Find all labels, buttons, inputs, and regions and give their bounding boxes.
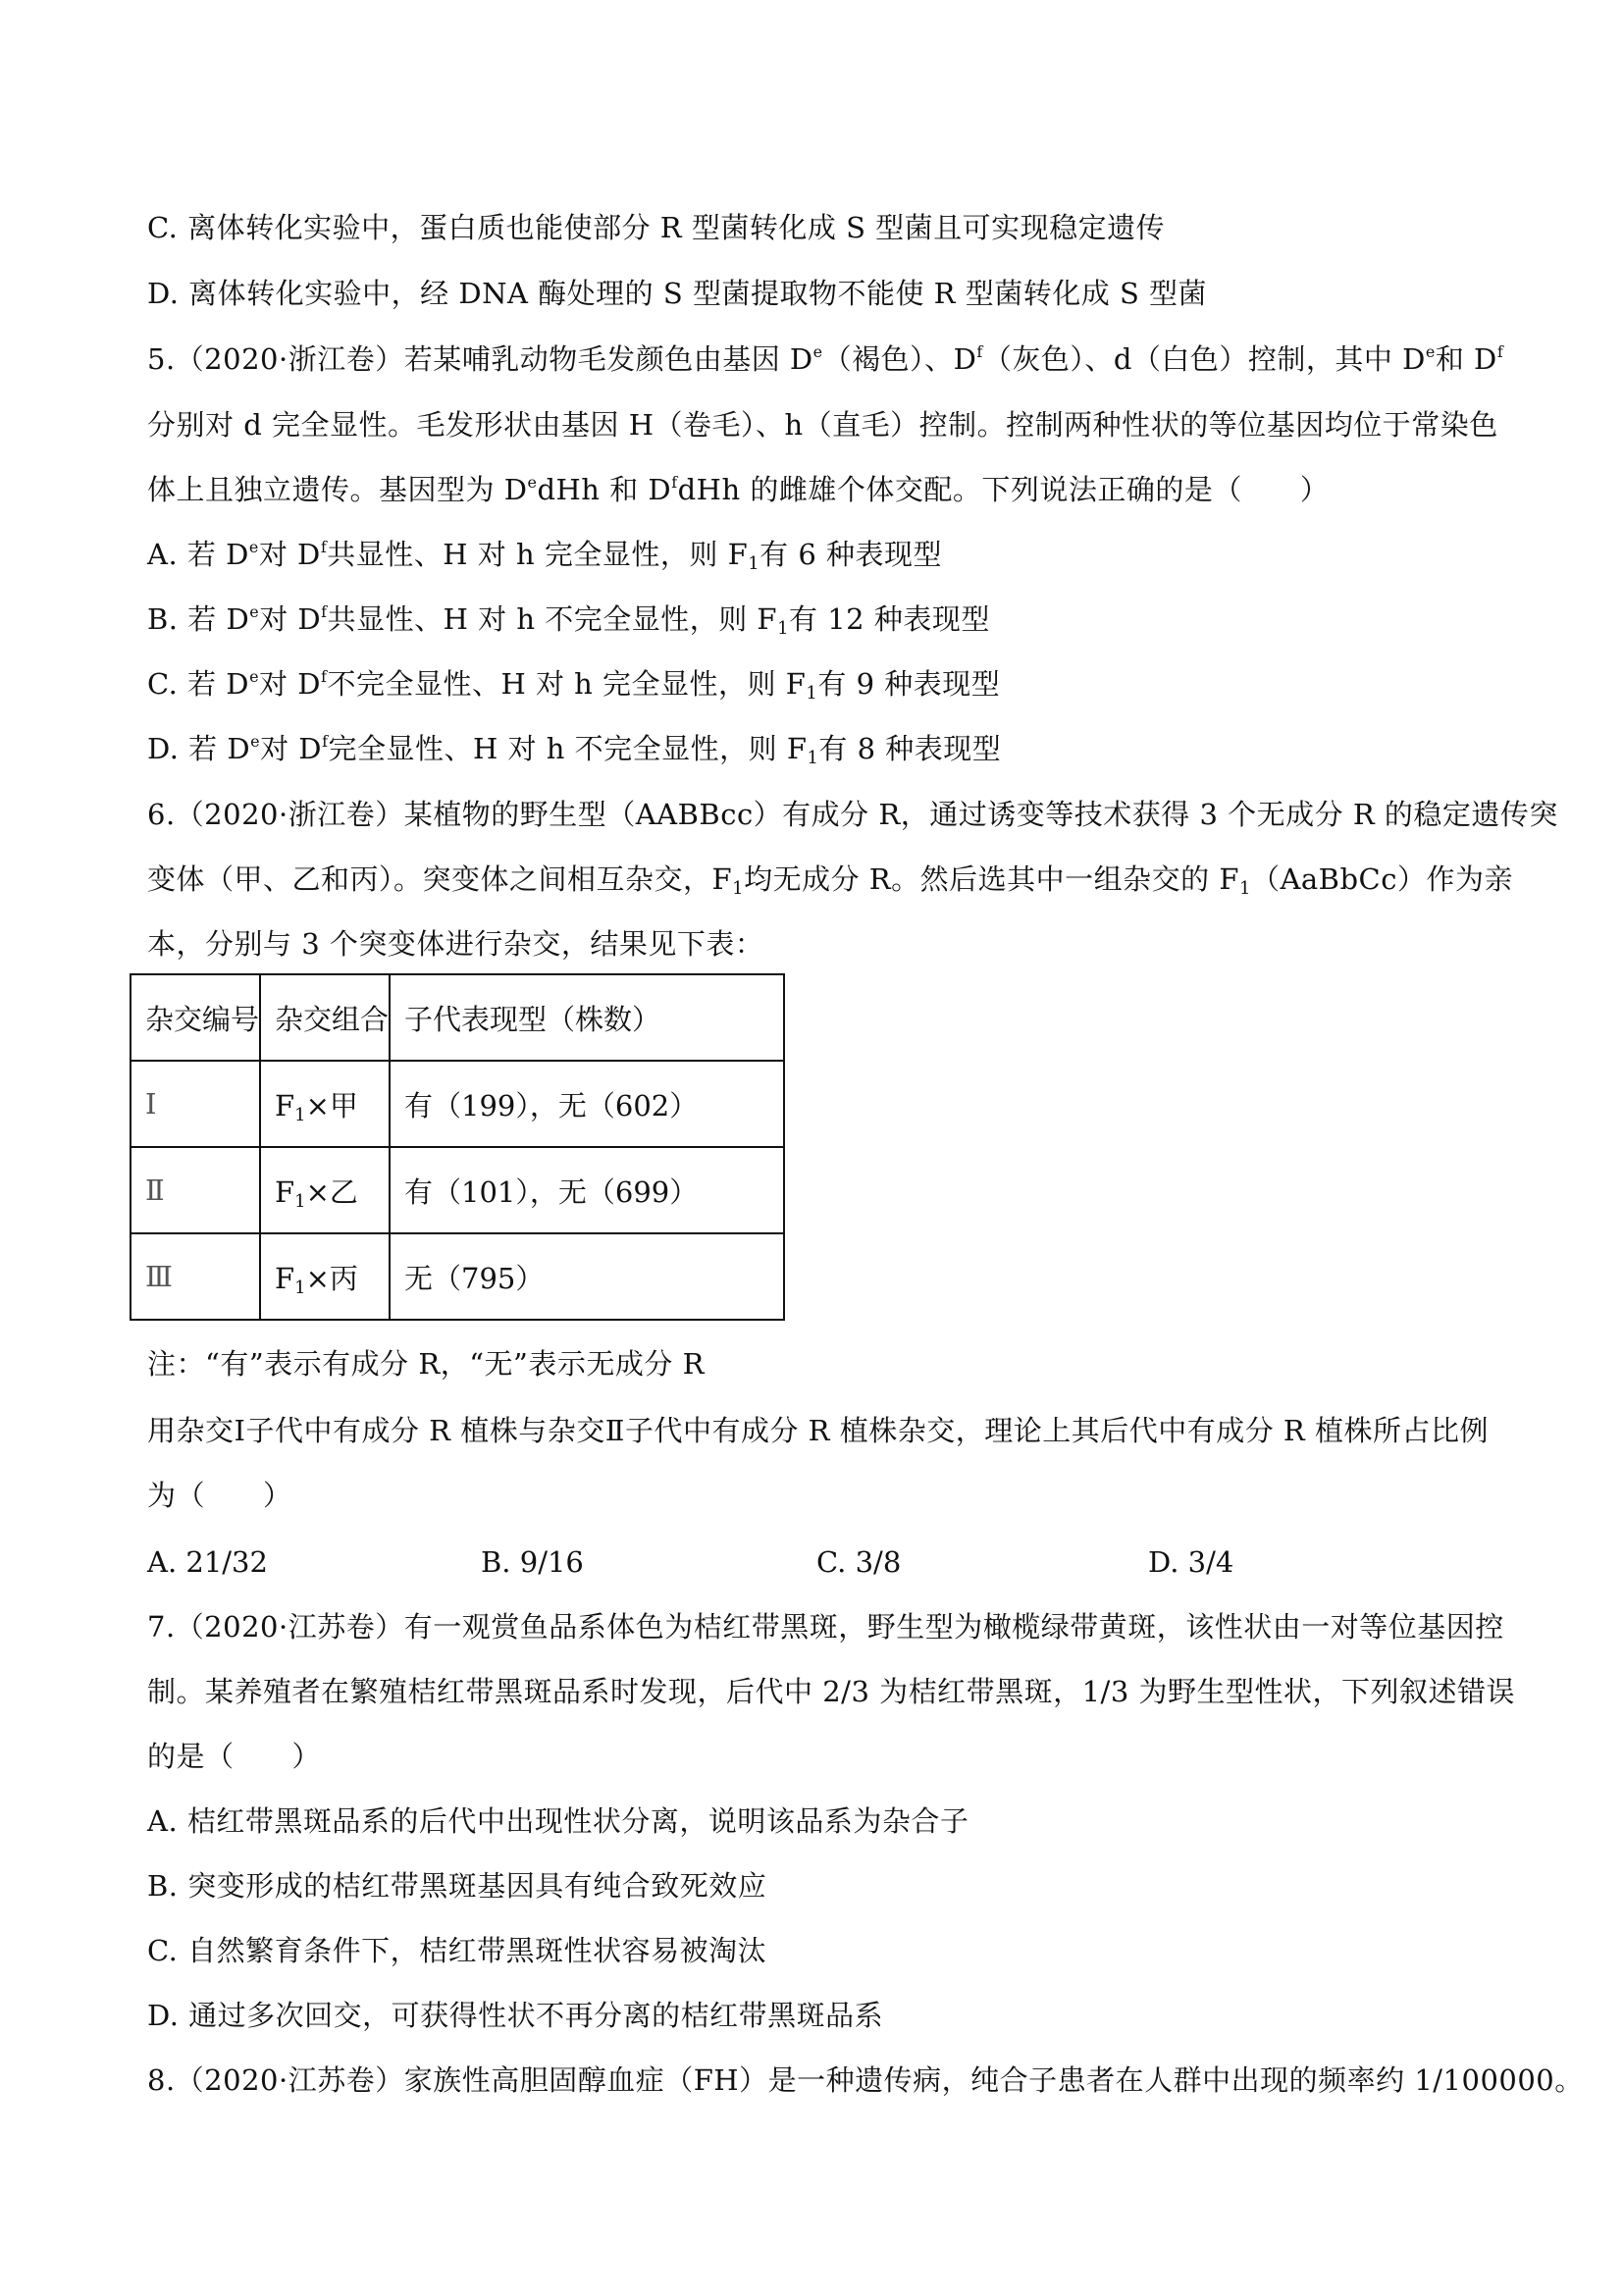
q6-stem-line2: 变体（甲、乙和丙）。突变体之间相互杂交，F1均无成分 R。然后选其中一组杂交的 …: [147, 860, 1513, 899]
q4-option-d: D. 离体转化实验中，经 DNA 酶处理的 S 型菌提取物不能使 R 型菌转化成…: [147, 274, 1207, 313]
cross-id: Ⅰ: [131, 1061, 260, 1147]
offspring-result: 有（101），无（699）: [390, 1147, 784, 1233]
cross-id: Ⅲ: [131, 1233, 260, 1320]
q7-stem-line2: 制。某养殖者在繁殖桔红带黑斑品系时发现，后代中 2/3 为桔红带黑斑，1/3 为…: [147, 1672, 1515, 1711]
q6-table-note: 注：“有”表示有成分 R，“无”表示无成分 R: [147, 1344, 705, 1383]
cross-combo: F1×丙: [260, 1233, 390, 1320]
q6-stem-line1: 6.（2020·浙江卷）某植物的野生型（AABBcc）有成分 R，通过诱变等技术…: [147, 795, 1558, 834]
q5-stem-line2: 分别对 d 完全显性。毛发形状由基因 H（卷毛）、h（直毛）控制。控制两种性状的…: [147, 405, 1498, 444]
q6-option-c: C. 3/8: [816, 1542, 901, 1582]
header-cross-combo: 杂交组合: [260, 974, 390, 1061]
cross-combo: F1×甲: [260, 1061, 390, 1147]
q5-option-b: B. 若 De对 Df共显性、H 对 h 不完全显性，则 F1有 12 种表现型: [147, 600, 990, 639]
q5-stem-line3: 体上且独立遗传。基因型为 DedHh 和 DfdHh 的雌雄个体交配。下列说法正…: [147, 470, 1329, 509]
q7-option-a: A. 桔红带黑斑品系的后代中出现性状分离，说明该品系为杂合子: [147, 1801, 969, 1841]
q5-stem-line1: 5.（2020·浙江卷）若某哺乳动物毛发颜色由基因 De（褐色）、Df（灰色）、…: [147, 339, 1503, 379]
cross-results-table: 杂交编号 杂交组合 子代表现型（株数） Ⅰ F1×甲 有（199），无（602）…: [130, 973, 785, 1321]
q5-option-c: C. 若 De对 Df不完全显性、H 对 h 完全显性，则 F1有 9 种表现型: [147, 664, 1000, 704]
cross-id: Ⅱ: [131, 1147, 260, 1233]
q5-option-a: A. 若 De对 Df共显性、H 对 h 完全显性，则 F1有 6 种表现型: [147, 535, 942, 574]
q7-stem-line3: 的是（ ）: [147, 1737, 321, 1776]
q6-options: A. 21/32 B. 9/16 C. 3/8 D. 3/4: [147, 1542, 1521, 1582]
table-row: Ⅲ F1×丙 无（795）: [131, 1233, 784, 1320]
q6-option-b: B. 9/16: [481, 1542, 584, 1582]
q6-option-d: D. 3/4: [1148, 1542, 1233, 1582]
offspring-result: 无（795）: [390, 1233, 784, 1320]
q7-option-c: C. 自然繁育条件下，桔红带黑斑性状容易被淘汰: [147, 1931, 766, 1970]
header-offspring-phenotype: 子代表现型（株数）: [390, 974, 784, 1061]
table-row: Ⅱ F1×乙 有（101），无（699）: [131, 1147, 784, 1233]
q6-question-line2: 为（ ）: [147, 1476, 292, 1515]
q6-question-line1: 用杂交Ⅰ子代中有成分 R 植株与杂交Ⅱ子代中有成分 R 植株杂交，理论上其后代中…: [147, 1411, 1489, 1450]
q8-stem-line1: 8.（2020·江苏卷）家族性高胆固醇血症（FH）是一种遗传病，纯合子患者在人群…: [147, 2061, 1584, 2100]
q6-stem-line3: 本，分别与 3 个突变体进行杂交，结果见下表：: [147, 924, 763, 964]
q7-stem-line1: 7.（2020·江苏卷）有一观赏鱼品系体色为桔红带黑斑，野生型为橄榄绿带黄斑，该…: [147, 1607, 1504, 1646]
cross-combo: F1×乙: [260, 1147, 390, 1233]
table-row: Ⅰ F1×甲 有（199），无（602）: [131, 1061, 784, 1147]
table-header-row: 杂交编号 杂交组合 子代表现型（株数）: [131, 974, 784, 1061]
q4-option-c: C. 离体转化实验中，蛋白质也能使部分 R 型菌转化成 S 型菌且可实现稳定遗传: [147, 208, 1165, 247]
q5-option-d: D. 若 De对 Df完全显性、H 对 h 不完全显性，则 F1有 8 种表现型: [147, 729, 1001, 768]
q7-option-b: B. 突变形成的桔红带黑斑基因具有纯合致死效应: [147, 1866, 766, 1905]
offspring-result: 有（199），无（602）: [390, 1061, 784, 1147]
q6-option-a: A. 21/32: [147, 1542, 268, 1582]
header-cross-id: 杂交编号: [131, 974, 260, 1061]
q7-option-d: D. 通过多次回交，可获得性状不再分离的桔红带黑斑品系: [147, 1996, 883, 2035]
